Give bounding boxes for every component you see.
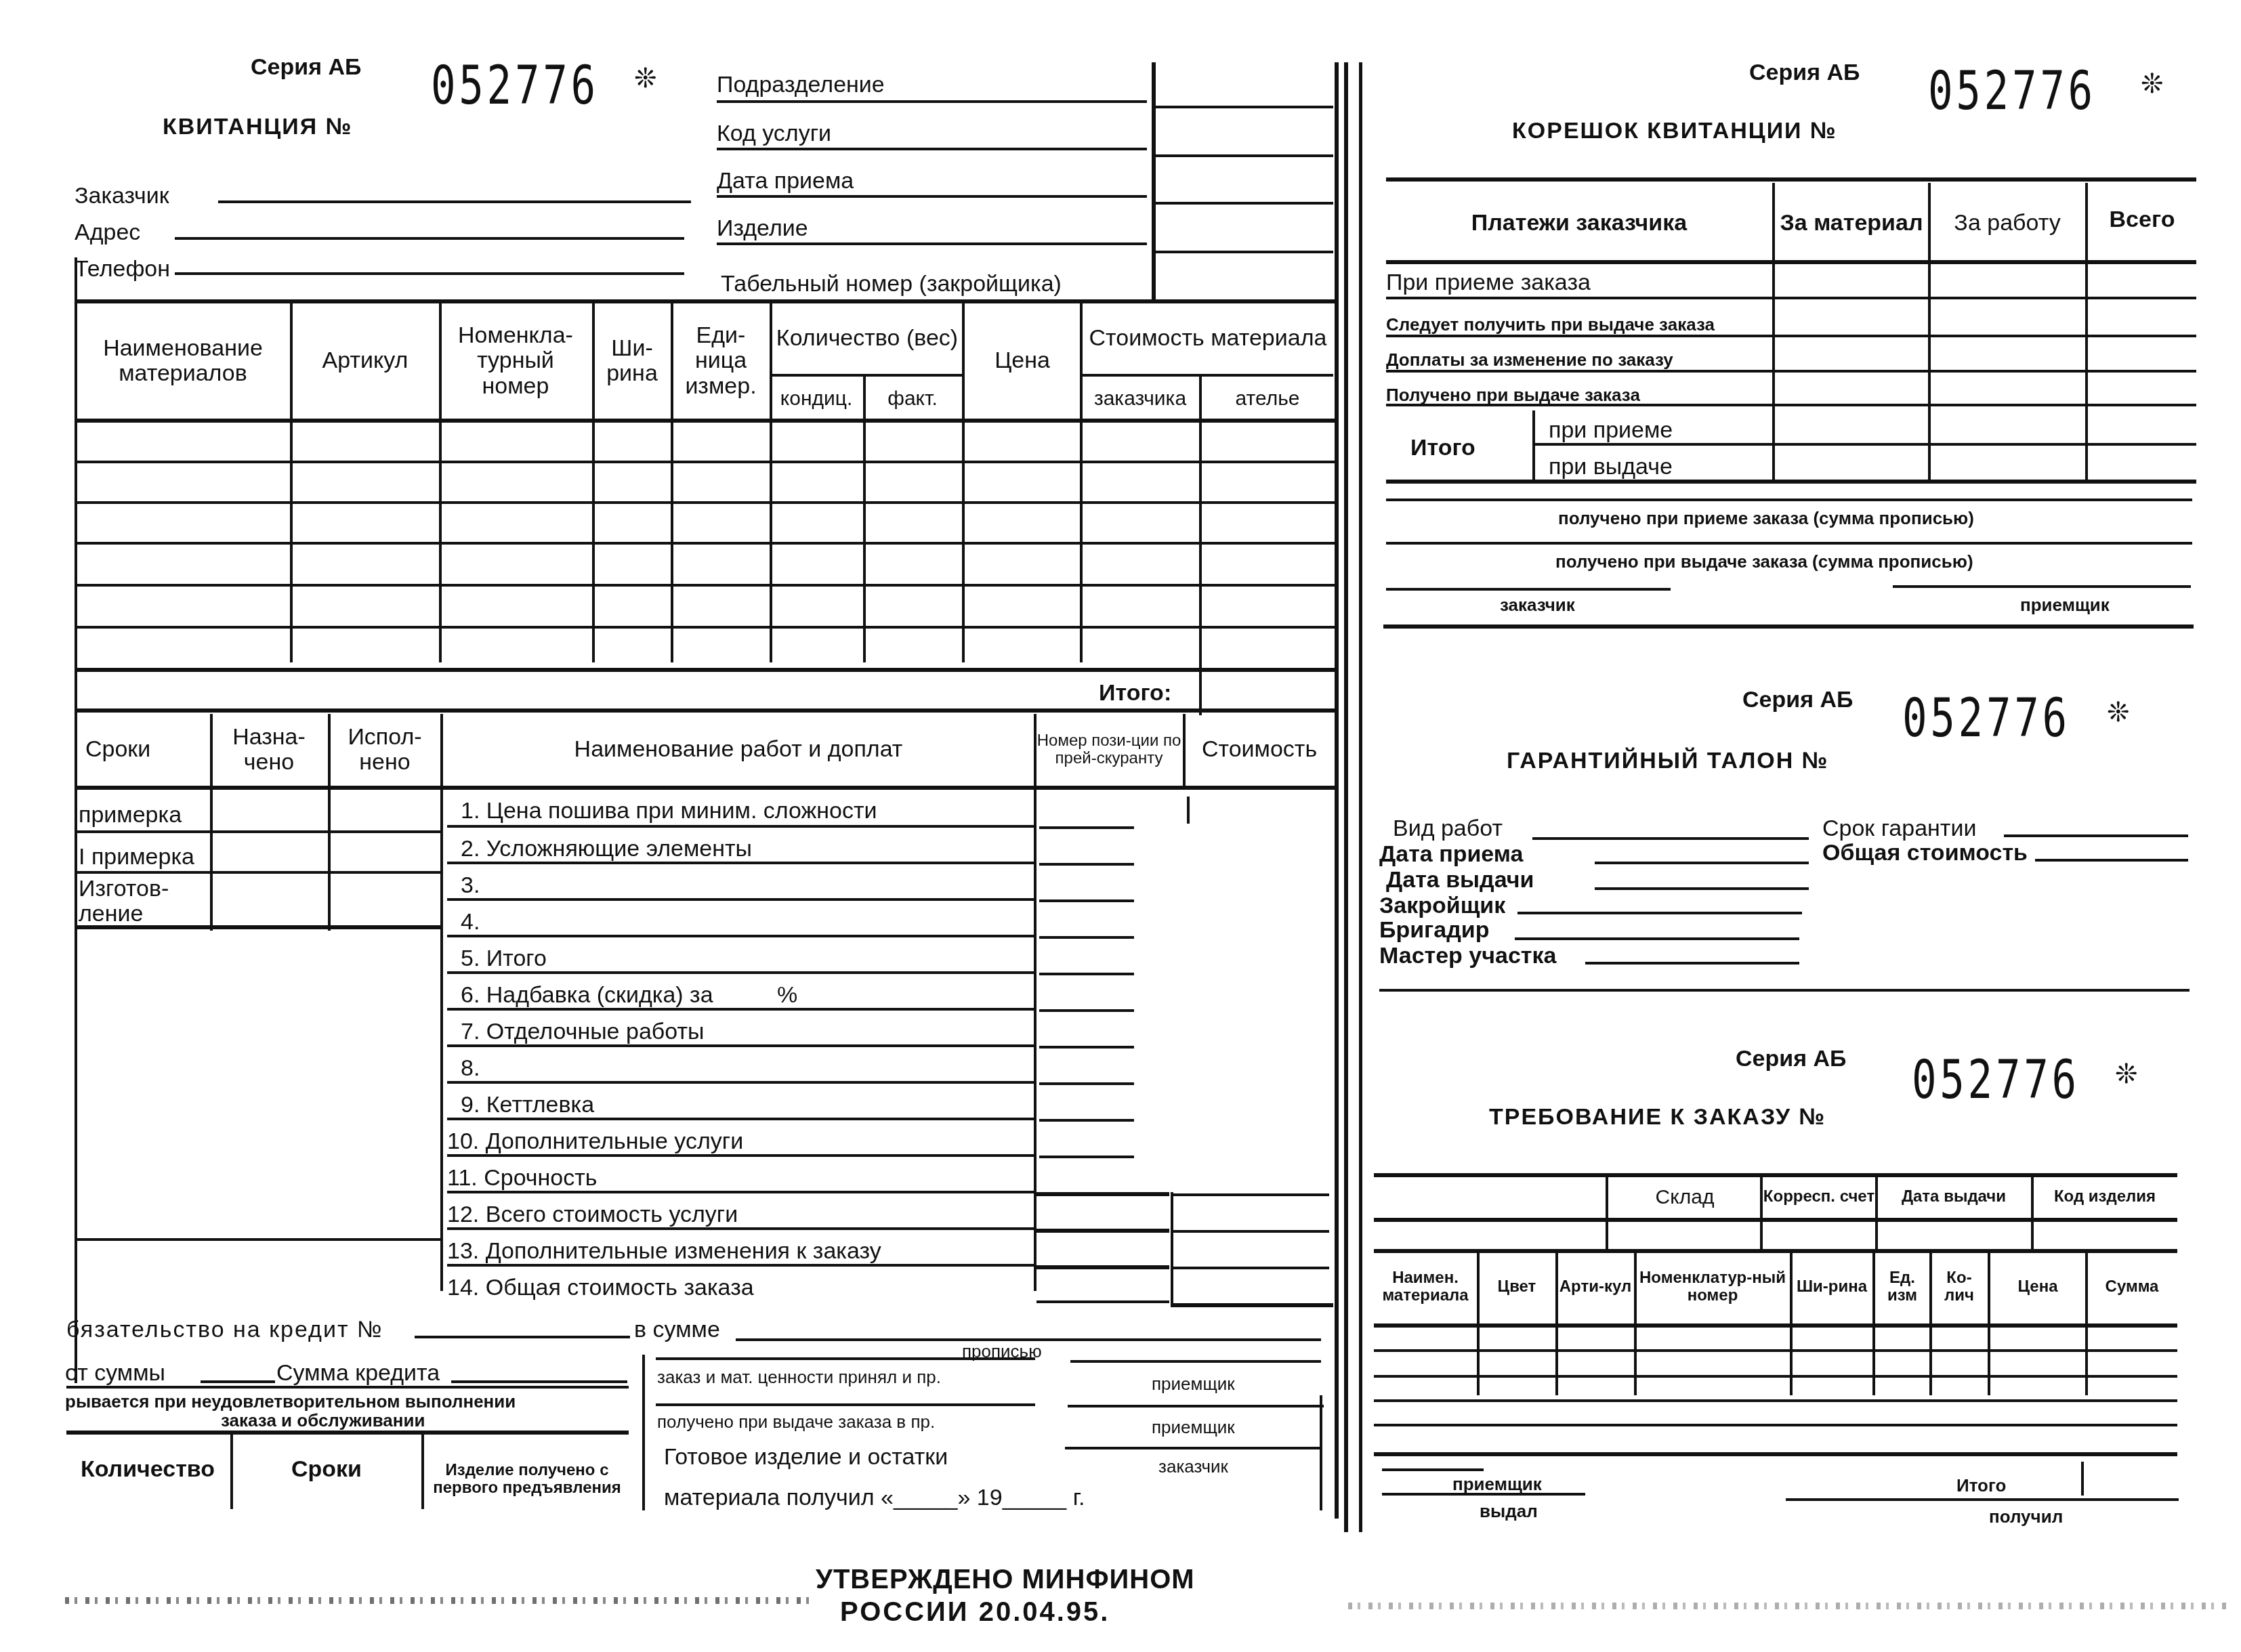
position-cell[interactable] — [1036, 1192, 1169, 1196]
position-cell[interactable] — [1039, 1119, 1134, 1122]
print-noise — [1348, 1603, 2229, 1609]
accepted-signature-field[interactable] — [656, 1357, 1035, 1360]
col-header-assigned: Назна-чено — [213, 714, 325, 786]
payment-row-label: Доплаты за изменение по заказу — [1386, 351, 1673, 368]
customer-signature-field[interactable] — [1065, 1447, 1321, 1449]
work-item: 6. Надбавка (скидка) за % — [461, 983, 797, 1007]
phone-label: Телефон — [75, 257, 170, 280]
col-header-cost: Стоимость материала — [1083, 306, 1333, 371]
col-header-work-name: Наименование работ и доплат — [443, 714, 1034, 786]
issued-by-signature-field[interactable] — [1382, 1468, 1484, 1471]
col-divider — [1187, 797, 1190, 824]
customer-field[interactable] — [218, 200, 691, 203]
bottom-header-quantity: Количество — [66, 1436, 229, 1504]
serial-star-icon: ❊ — [634, 65, 657, 92]
col-header-price-list-position: Номер пози-ции по прей-скуранту — [1036, 714, 1181, 786]
product-field[interactable] — [717, 242, 1147, 245]
customer-signature-field[interactable] — [1386, 588, 1671, 591]
accept-date-value[interactable] — [1156, 202, 1333, 205]
requisition-row[interactable] — [1374, 1349, 2177, 1352]
position-cell[interactable] — [1039, 1082, 1134, 1085]
col-header-price: Цена — [1990, 1253, 2085, 1321]
position-cell[interactable] — [1036, 1300, 1169, 1303]
work-item: 7. Отделочные работы — [461, 1020, 704, 1043]
serial-star-icon: ❊ — [2115, 1061, 2138, 1088]
credit-obligation-label: бязательство на кредит № — [66, 1318, 383, 1341]
total-on-accept-label: при приеме — [1549, 419, 1673, 442]
issued-label: выдал — [1480, 1502, 1538, 1520]
requisition-series-label: Серия АБ — [1736, 1047, 1846, 1070]
divider — [66, 1386, 629, 1389]
col-divider — [642, 1355, 645, 1510]
cost-cell[interactable] — [1173, 1230, 1329, 1233]
payment-row-label: Получено при выдаче заказа — [1386, 386, 1640, 404]
work-item: 2. Усложняющие элементы — [461, 837, 752, 860]
finished-product-line1: Готовое изделие и остатки — [664, 1445, 948, 1468]
work-row[interactable] — [447, 971, 1034, 974]
print-noise — [65, 1597, 810, 1604]
table-border — [75, 1238, 440, 1241]
table-border — [1386, 480, 2196, 484]
col-header-quantity: Количество (вес) — [772, 306, 962, 371]
position-cell[interactable] — [1039, 899, 1134, 902]
border-line — [1335, 62, 1339, 1519]
position-cell[interactable] — [1039, 1009, 1134, 1012]
issued-signature-field[interactable] — [656, 1403, 1035, 1406]
service-code-field[interactable] — [717, 148, 1147, 150]
site-master-field[interactable] — [1585, 962, 1799, 965]
position-cell[interactable] — [1039, 826, 1134, 829]
cutter-label: Закройщик — [1379, 894, 1505, 917]
position-cell[interactable] — [1039, 1046, 1134, 1049]
work-row[interactable] — [447, 862, 1034, 864]
work-item: 12. Всего стоимость услуги — [447, 1203, 738, 1226]
credit-sum-value-field[interactable] — [451, 1380, 627, 1383]
perforation-line — [1359, 62, 1362, 1532]
col-header-cost-customer: заказчика — [1083, 379, 1198, 417]
table-border — [75, 786, 1335, 790]
serial-star-icon: ❊ — [2141, 70, 2164, 98]
sum-in-words-accept-field[interactable] — [1386, 499, 2192, 501]
table-border — [1374, 1218, 2177, 1222]
work-item: 13. Дополнительные изменения к заказу — [447, 1240, 881, 1263]
border-line — [1320, 1395, 1322, 1510]
requisition-row[interactable] — [1374, 1399, 2177, 1402]
material-row[interactable] — [75, 626, 1335, 629]
site-master-label: Мастер участка — [1379, 944, 1556, 967]
col-header-issue-date: Дата выдачи — [1878, 1177, 2030, 1216]
claim-text-line2: заказа и обслуживании — [221, 1412, 425, 1429]
col-header-terms: Сроки — [77, 714, 218, 786]
requisition-row[interactable] — [1374, 1375, 2177, 1378]
payment-row[interactable] — [1386, 404, 2196, 406]
credit-number-field[interactable] — [415, 1336, 630, 1338]
col-header-unit: Ед. изм — [1875, 1253, 1929, 1321]
issue-date-label: Дата выдачи — [1386, 868, 1534, 891]
cutter-number-label: Табельный номер (закройщика) — [721, 272, 1062, 295]
receipt-title: КВИТАНЦИЯ № — [163, 115, 353, 138]
payment-row-label: При приеме заказа — [1386, 271, 1591, 294]
col-header-material-name: Наимен. материала — [1374, 1253, 1477, 1321]
term-row[interactable] — [75, 830, 440, 833]
divider — [66, 1431, 629, 1435]
work-item: 5. Итого — [461, 947, 547, 970]
col-header-nomenclature: Номенкла-турный номер — [442, 303, 589, 419]
foreman-label: Бригадир — [1379, 918, 1489, 941]
total-on-issue-label: при выдаче — [1549, 455, 1673, 478]
work-row[interactable] — [447, 1154, 1034, 1157]
payment-row[interactable] — [1386, 297, 2196, 299]
position-cell[interactable] — [1039, 936, 1134, 939]
table-border — [75, 419, 1335, 423]
claim-text-line1: рывается при неудовлетворительном выполн… — [65, 1393, 516, 1410]
border-line — [1152, 62, 1156, 299]
col-header-article: Артикул — [293, 303, 438, 419]
accept-date-label: Дата приема — [1379, 843, 1523, 866]
col-header-cost-atelier: ателье — [1202, 379, 1333, 417]
work-item: 8. — [461, 1057, 480, 1080]
position-cell[interactable] — [1039, 863, 1134, 866]
col-divider — [2081, 1462, 2084, 1496]
position-cell[interactable] — [1039, 973, 1134, 975]
material-row[interactable] — [75, 461, 1335, 463]
col-header-quantity-cond: кондиц. — [772, 379, 860, 417]
warranty-series-label: Серия АБ — [1742, 688, 1853, 711]
material-row[interactable] — [75, 542, 1335, 545]
work-row[interactable] — [447, 935, 1034, 937]
work-row[interactable] — [447, 1118, 1034, 1120]
payment-row[interactable] — [1535, 443, 2196, 446]
work-item: 11. Срочность — [447, 1166, 598, 1189]
work-row[interactable] — [447, 1264, 1034, 1267]
materials-total-label: Итого: — [1099, 681, 1171, 704]
col-divider — [1171, 1192, 1173, 1307]
col-header-sum: Сумма — [2088, 1253, 2176, 1321]
service-code-value[interactable] — [1156, 154, 1333, 157]
col-header-work-cost: Стоимость — [1186, 714, 1333, 786]
col-header-corresp-account: Корресп. счет — [1763, 1177, 1875, 1216]
total-cost-field[interactable] — [2035, 859, 2188, 862]
col-header-for-work: За работу — [1931, 183, 2084, 264]
col-header-warehouse: Склад — [1608, 1177, 1761, 1216]
work-row[interactable] — [447, 1008, 1034, 1011]
received-on-accept-caption: получено при приеме заказа (сумма пропис… — [1558, 509, 1974, 527]
col-divider — [1532, 410, 1535, 482]
work-row[interactable] — [447, 1081, 1034, 1084]
table-border — [1374, 1323, 2177, 1328]
payment-total-label: Итого — [1410, 436, 1475, 459]
col-header-done: Испол-нено — [331, 714, 439, 786]
total-cost-label: Общая стоимость — [1822, 841, 2028, 864]
warranty-period-field[interactable] — [2004, 834, 2188, 837]
term-row-label: примерка — [79, 803, 182, 826]
divider — [1383, 624, 2194, 629]
work-item: 14. Общая стоимость заказа — [447, 1276, 754, 1299]
work-type-label: Вид работ — [1393, 817, 1503, 840]
table-border — [75, 708, 1335, 713]
table-border — [1374, 1452, 2177, 1456]
approval-stamp-line2: РОССИИ 20.04.95. — [840, 1598, 1110, 1626]
product-label: Изделие — [717, 217, 808, 240]
receipt-serial-number: 052776 — [431, 60, 599, 112]
warranty-accept-date-field[interactable] — [1595, 862, 1809, 864]
service-code-label: Код услуги — [717, 122, 831, 145]
term-row-label: Изготов-ление — [79, 876, 207, 927]
position-cell[interactable] — [1036, 1265, 1169, 1269]
cost-cell[interactable] — [1173, 1303, 1333, 1307]
credit-in-sum-label: в сумме — [634, 1318, 720, 1341]
work-item: 10. Дополнительные услуги — [447, 1130, 743, 1153]
perforation-line — [1344, 62, 1348, 1532]
address-field[interactable] — [175, 237, 684, 240]
requisition-total-label: Итого — [1956, 1477, 2006, 1494]
payment-row[interactable] — [1386, 335, 2196, 337]
receiver2-label: приемщик — [1152, 1418, 1235, 1436]
border-line — [75, 257, 77, 301]
work-item: 9. Кеттлевка — [461, 1093, 594, 1116]
work-item: 1. Цена пошива при миним. сложности — [461, 799, 877, 822]
stub-serial-number: 052776 — [1928, 65, 2096, 118]
col-header-unit: Еди-ница измер. — [673, 303, 768, 419]
receiver2-signature-field[interactable] — [1068, 1405, 1324, 1407]
table-border — [1386, 177, 2196, 182]
received-on-issue-caption: получено при выдаче заказа (сумма пропис… — [1555, 553, 1973, 570]
accept-date-label: Дата приема — [717, 169, 854, 192]
material-row[interactable] — [75, 501, 1335, 504]
col-divider — [1199, 377, 1202, 715]
approval-stamp-line1: УТВЕРЖДЕНО МИНФИНОМ — [816, 1566, 1195, 1593]
term-row-label: I примерка — [79, 845, 194, 868]
col-header-payments: Платежи заказчика — [1386, 183, 1772, 264]
col-header-material-name: Наименование материалов — [77, 303, 289, 419]
material-row[interactable] — [75, 584, 1335, 587]
position-cell[interactable] — [1036, 1229, 1169, 1233]
serial-star-icon: ❊ — [2107, 699, 2130, 726]
phone-field[interactable] — [175, 272, 684, 275]
col-divider — [440, 714, 443, 1291]
issued-signature-field[interactable] — [1382, 1493, 1585, 1496]
warranty-title: ГАРАНТИЙНЫЙ ТАЛОН № — [1507, 749, 1829, 772]
credit-sum-label: Сумма кредита — [276, 1361, 440, 1384]
product-value[interactable] — [1156, 251, 1333, 253]
stub-customer-label: заказчик — [1500, 596, 1575, 614]
payment-row-label: Следует получить при выдаче заказа — [1386, 316, 1715, 333]
issue-date-field[interactable] — [1595, 887, 1809, 890]
address-label: Адрес — [75, 221, 140, 244]
department-value[interactable] — [1156, 106, 1333, 108]
col-header-color: Цвет — [1480, 1253, 1554, 1321]
work-row[interactable] — [447, 825, 1034, 828]
col-header-product-code: Код изделия — [2034, 1177, 2176, 1216]
receipt-series-label: Серия АБ — [251, 56, 361, 79]
col-header-for-material: За материал — [1775, 183, 1928, 264]
received-signature-field[interactable] — [1786, 1498, 2179, 1501]
work-item: 3. — [461, 874, 480, 897]
department-label: Подразделение — [717, 73, 885, 96]
table-border — [75, 668, 1335, 672]
requisition-serial-number: 052776 — [1912, 1054, 2080, 1107]
table-border — [75, 925, 440, 929]
work-row[interactable] — [447, 1044, 1034, 1047]
col-header-width: Ши-рина — [1793, 1253, 1871, 1321]
col-header-total: Всего — [2088, 183, 2196, 257]
of-sum-field[interactable] — [201, 1380, 275, 1383]
col-header-quantity-fact: факт. — [866, 379, 959, 417]
requisition-title: ТРЕБОВАНИЕ К ЗАКАЗУ № — [1489, 1105, 1826, 1128]
work-row[interactable] — [447, 1191, 1034, 1193]
subheader-line — [772, 374, 962, 377]
stub-receiver-label: приемщик — [2020, 596, 2110, 614]
col-header-quantity: Ко-лич — [1932, 1253, 1986, 1321]
issued-by-label: приемщик — [1452, 1475, 1542, 1493]
work-row[interactable] — [447, 1227, 1034, 1230]
department-field[interactable] — [717, 100, 1147, 103]
payment-row[interactable] — [1386, 370, 2196, 373]
receiver1-label: приемщик — [1152, 1375, 1235, 1393]
bottom-header-terms: Сроки — [233, 1436, 420, 1504]
term-row[interactable] — [75, 871, 440, 874]
col-divider — [1034, 714, 1036, 1291]
work-type-field[interactable] — [1532, 837, 1809, 840]
customer-signature-label: заказчик — [1158, 1458, 1228, 1475]
received-on-issue-label: получено при выдаче заказа в пр. — [657, 1413, 935, 1431]
table-border — [1386, 260, 2196, 264]
of-sum-label: от суммы — [65, 1361, 165, 1384]
receiver-signature-field[interactable] — [1893, 585, 2191, 588]
bottom-header-first-fitting: Изделие получено с первого предъявления — [424, 1447, 630, 1512]
receiver1-signature-field[interactable] — [1070, 1360, 1321, 1363]
cutter-field[interactable] — [1517, 912, 1802, 914]
customer-label: Заказчик — [75, 184, 169, 207]
subheader-line — [1083, 374, 1333, 377]
cost-cell[interactable] — [1173, 1267, 1329, 1269]
divider — [1379, 989, 2190, 992]
accepted-label: заказ и мат. ценности принял и пр. — [657, 1368, 941, 1386]
warranty-period-label: Срок гарантии — [1822, 817, 1976, 840]
work-row[interactable] — [447, 898, 1034, 901]
position-cell[interactable] — [1039, 1156, 1134, 1158]
stub-series-label: Серия АБ — [1749, 61, 1860, 84]
col-header-article: Арти-кул — [1558, 1253, 1633, 1321]
foreman-field[interactable] — [1515, 937, 1799, 940]
sum-in-words-issue-field[interactable] — [1386, 542, 2192, 545]
requisition-row[interactable] — [1374, 1424, 2177, 1426]
finished-product-line2: материала получил «_____» 19_____ г. — [664, 1486, 1085, 1509]
col-header-width: Ши-рина — [595, 303, 669, 419]
accept-date-field[interactable] — [717, 195, 1147, 198]
warranty-serial-number: 052776 — [1902, 692, 2070, 745]
col-header-price: Цена — [965, 303, 1080, 419]
cost-cell[interactable] — [1173, 1193, 1329, 1196]
received-label: получил — [1989, 1508, 2063, 1525]
stub-title: КОРЕШОК КВИТАНЦИИ № — [1512, 119, 1837, 142]
work-item: 4. — [461, 910, 480, 933]
col-header-nomenclature: Номенклатур-ный номер — [1637, 1253, 1788, 1321]
